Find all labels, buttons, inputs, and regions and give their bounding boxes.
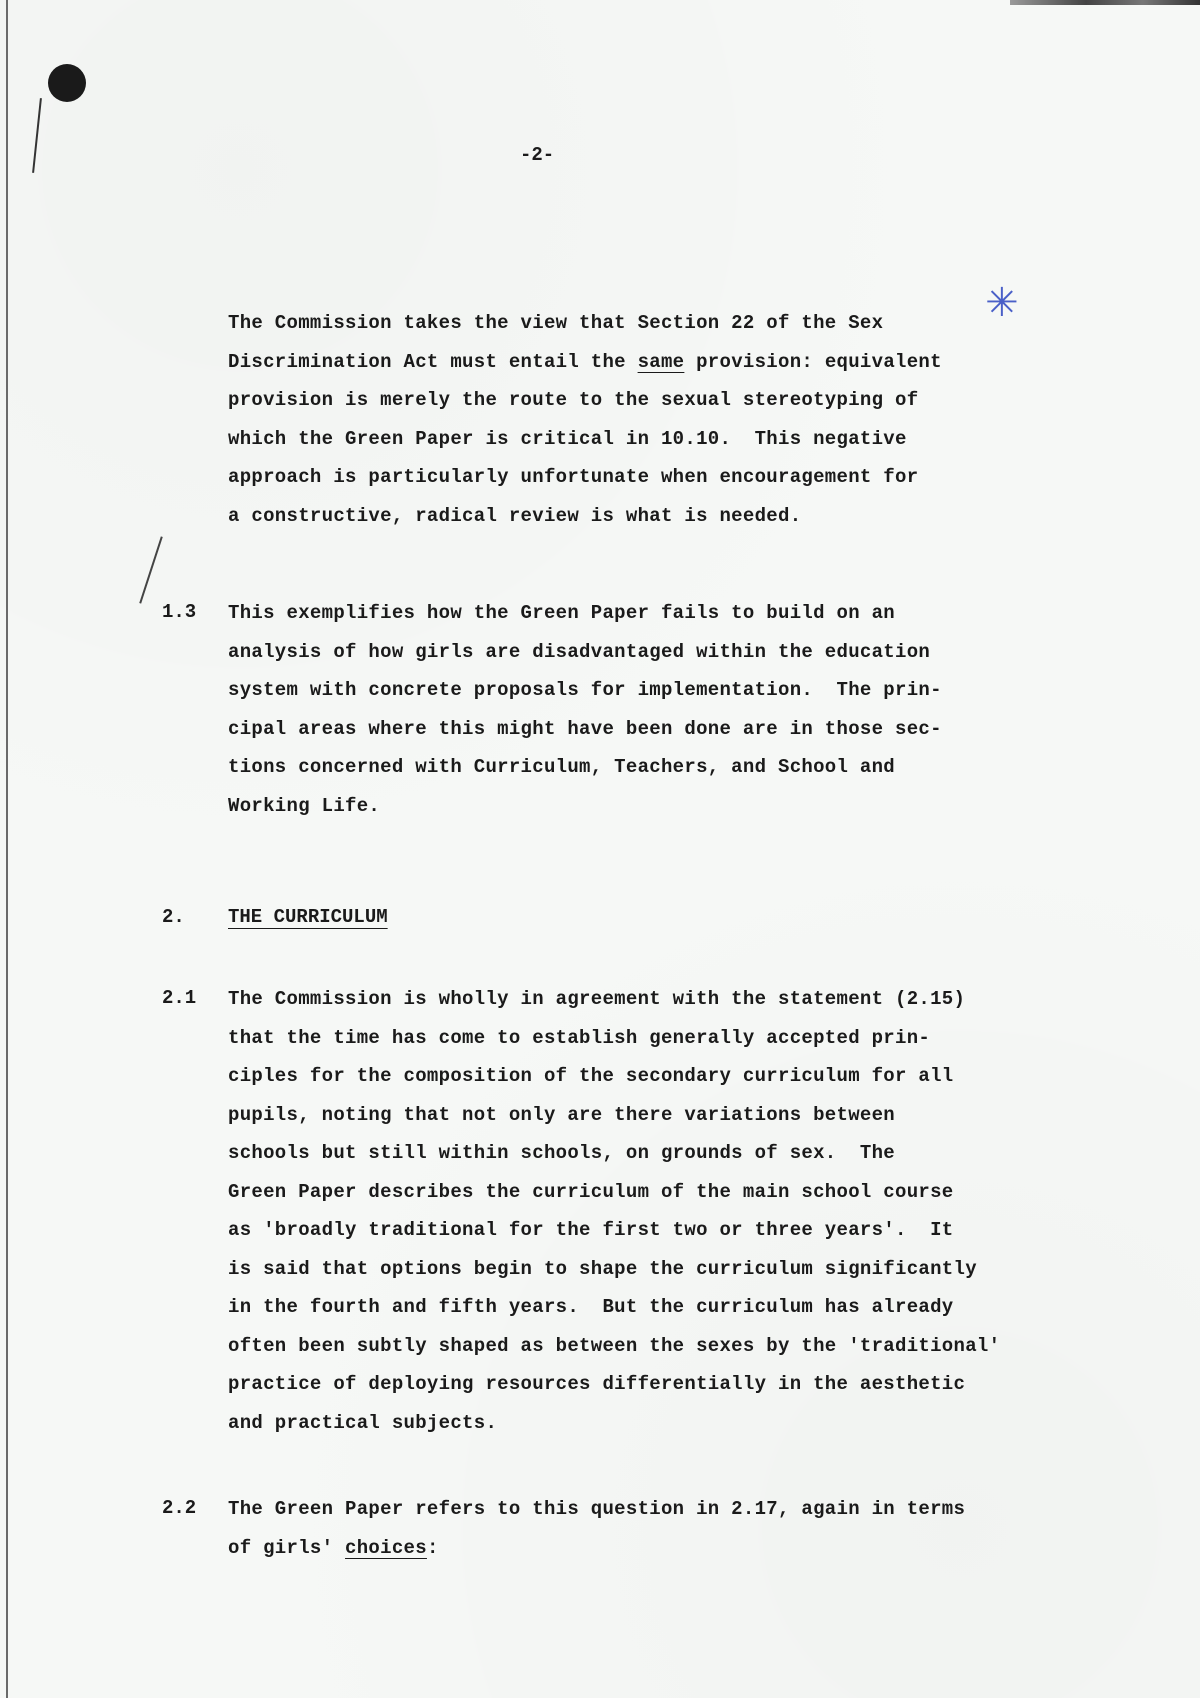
- text-line: schools but still within schools, on gro…: [228, 1134, 1000, 1173]
- paragraph-1-3: This exemplifies how the Green Paper fai…: [228, 594, 942, 825]
- margin-pen-stroke: [32, 98, 42, 173]
- text-line: ciples for the composition of the second…: [228, 1057, 1000, 1096]
- page-number: -2-: [520, 144, 554, 166]
- underlined-emphasis: choices: [345, 1537, 427, 1559]
- text-line: system with concrete proposals for imple…: [228, 671, 942, 710]
- scan-artifact-strip: [1010, 0, 1200, 5]
- document-page: ✳ -2- The Commission takes the view that…: [0, 0, 1200, 1698]
- margin-pen-stroke: [139, 536, 163, 603]
- text-line: The Commission is wholly in agreement wi…: [228, 980, 1000, 1019]
- intro-paragraph: The Commission takes the view that Secti…: [228, 304, 942, 535]
- paragraph-number: 1.3: [162, 601, 196, 623]
- text-line: The Green Paper refers to this question …: [228, 1490, 965, 1529]
- text-line: approach is particularly unfortunate whe…: [228, 458, 942, 497]
- page-edge-shadow: [6, 0, 8, 1698]
- paragraph-2-1: The Commission is wholly in agreement wi…: [228, 980, 1000, 1442]
- text-line: that the time has come to establish gene…: [228, 1019, 1000, 1058]
- text-line: Green Paper describes the curriculum of …: [228, 1173, 1000, 1212]
- paragraph-number: 2.1: [162, 987, 196, 1009]
- text-line: tions concerned with Curriculum, Teacher…: [228, 748, 942, 787]
- text-line: Working Life.: [228, 787, 942, 826]
- text-line: in the fourth and fifth years. But the c…: [228, 1288, 1000, 1327]
- text-line: a constructive, radical review is what i…: [228, 497, 942, 536]
- text-line: as 'broadly traditional for the first tw…: [228, 1211, 1000, 1250]
- text-line: provision is merely the route to the sex…: [228, 381, 942, 420]
- text-line: analysis of how girls are disadvantaged …: [228, 633, 942, 672]
- section-number: 2.: [162, 906, 185, 928]
- text-line: is said that options begin to shape the …: [228, 1250, 1000, 1289]
- handwritten-asterisk-icon: ✳: [985, 283, 1019, 323]
- text-line: The Commission takes the view that Secti…: [228, 304, 942, 343]
- text-line: which the Green Paper is critical in 10.…: [228, 420, 942, 459]
- text-line: This exemplifies how the Green Paper fai…: [228, 594, 942, 633]
- underlined-emphasis: same: [638, 351, 685, 373]
- text-line: of girls' choices:: [228, 1529, 965, 1568]
- text-line: cipal areas where this might have been d…: [228, 710, 942, 749]
- punch-hole: [48, 64, 86, 102]
- paragraph-2-2: The Green Paper refers to this question …: [228, 1490, 965, 1567]
- text-line: Discrimination Act must entail the same …: [228, 343, 942, 382]
- paragraph-number: 2.2: [162, 1497, 196, 1519]
- section-heading: THE CURRICULUM: [228, 906, 388, 928]
- text-line: and practical subjects.: [228, 1404, 1000, 1443]
- text-line: pupils, noting that not only are there v…: [228, 1096, 1000, 1135]
- text-line: often been subtly shaped as between the …: [228, 1327, 1000, 1366]
- text-line: practice of deploying resources differen…: [228, 1365, 1000, 1404]
